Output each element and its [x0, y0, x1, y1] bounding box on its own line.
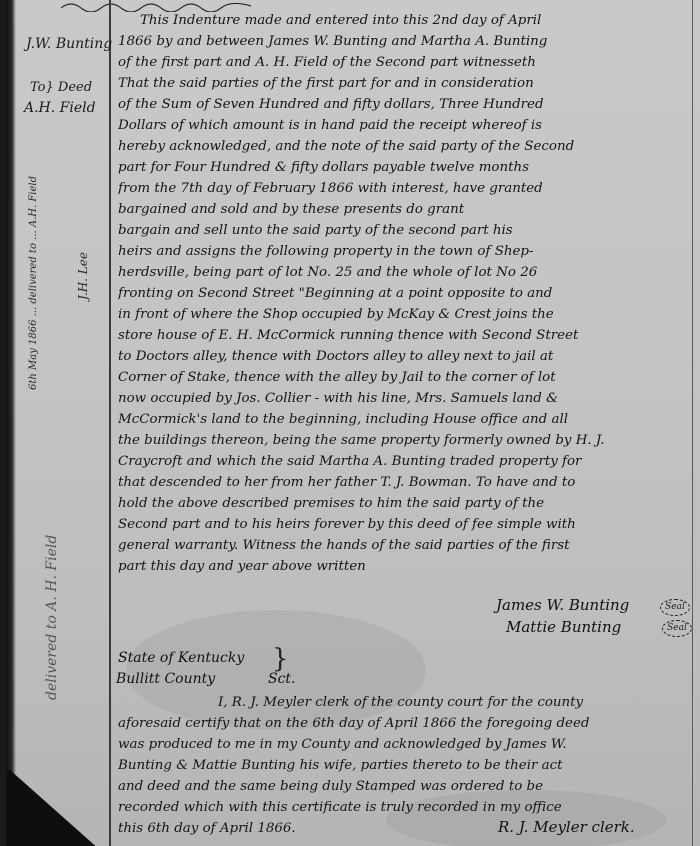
body-line: in front of where the Shop occupied by M… [118, 304, 690, 325]
venue-abbrev: Sct. [268, 671, 296, 687]
certificate-line: I, R. J. Meyler clerk of the county cour… [118, 692, 690, 713]
body-line: fronting on Second Street "Beginning at … [118, 283, 690, 304]
body-line: store house of E. H. McCormick running t… [118, 325, 690, 346]
body-line: 1866 by and between James W. Bunting and… [118, 31, 690, 52]
body-line: Second part and to his heirs forever by … [118, 514, 690, 535]
deed-body: This Indenture made and entered into thi… [118, 10, 690, 577]
seal-icon: Seal [660, 599, 690, 616]
margin-to-deed: To} Deed [30, 80, 92, 95]
recording-signature-text: J.H. Lee [76, 252, 90, 300]
venue-county: Bullitt County [116, 671, 215, 687]
body-line: hereby acknowledged, and the note of the… [118, 136, 690, 157]
body-line: bargain and sell unto the said party of … [118, 220, 690, 241]
body-line: from the 7th day of February 1866 with i… [118, 178, 690, 199]
body-line: bargained and sold and by these presents… [118, 199, 690, 220]
body-line: of the first part and A. H. Field of the… [118, 52, 690, 73]
certificate-line: was produced to me in my County and ackn… [118, 734, 690, 755]
body-line: to Doctors alley, thence with Doctors al… [118, 346, 690, 367]
body-line: Corner of Stake, thence with the alley b… [118, 367, 690, 388]
body-line: herdsville, being part of lot No. 25 and… [118, 262, 690, 283]
body-line: part this day and year above written [118, 556, 690, 577]
certificate-line: recorded which with this certificate is … [118, 797, 690, 818]
certificate-body: I, R. J. Meyler clerk of the county cour… [118, 692, 690, 839]
margin-recording-note: 6th May 1866 ... delivered to ... A.H. F… [28, 176, 39, 390]
deed-page: J.W. Bunting To} Deed A.H. Field 6th May… [6, 0, 700, 846]
certificate-line: Bunting & Mattie Bunting his wife, parti… [118, 755, 690, 776]
margin-recording-signature: J.H. Lee [76, 252, 90, 300]
scan-edge-shadow [6, 0, 16, 846]
page-corner-fold [6, 770, 100, 846]
body-line: hold the above described premises to him… [118, 493, 690, 514]
certificate-line: aforesaid certify that on the 6th day of… [118, 713, 690, 734]
body-line: McCormick's land to the beginning, inclu… [118, 409, 690, 430]
body-line: That the said parties of the first part … [118, 73, 690, 94]
certificate-line: and deed and the same being duly Stamped… [118, 776, 690, 797]
margin-rule [109, 0, 111, 846]
body-line: general warranty. Witness the hands of t… [118, 535, 690, 556]
clerk-signature: R. J. Meyler clerk. [498, 818, 635, 836]
body-line: This Indenture made and entered into thi… [118, 10, 690, 31]
body-line: part for Four Hundred & fifty dollars pa… [118, 157, 690, 178]
body-line: of the Sum of Seven Hundred and fifty do… [118, 94, 690, 115]
margin-grantee: A.H. Field [24, 100, 96, 116]
body-line: Dollars of which amount is in hand paid … [118, 115, 690, 136]
right-margin-rule [692, 0, 693, 846]
seal-icon: Seal [662, 620, 692, 637]
recording-note-text: 6th May 1866 ... delivered to ... A.H. F… [28, 176, 39, 390]
body-line: the buildings thereon, being the same pr… [118, 430, 690, 451]
margin-grantor: J.W. Bunting [26, 36, 112, 52]
body-line: now occupied by Jos. Collier - with his … [118, 388, 690, 409]
signature-james-bunting: James W. Bunting [496, 596, 629, 614]
margin-delivery-note: delivered to A. H. Field [44, 535, 60, 700]
venue-state: State of Kentucky [118, 650, 244, 666]
signature-mattie-bunting: Mattie Bunting [506, 618, 621, 636]
delivery-note-text: delivered to A. H. Field [44, 535, 60, 700]
body-line: Craycroft and which the said Martha A. B… [118, 451, 690, 472]
body-line: that descended to her from her father T.… [118, 472, 690, 493]
brace-icon: } [272, 646, 289, 672]
body-line: heirs and assigns the following property… [118, 241, 690, 262]
